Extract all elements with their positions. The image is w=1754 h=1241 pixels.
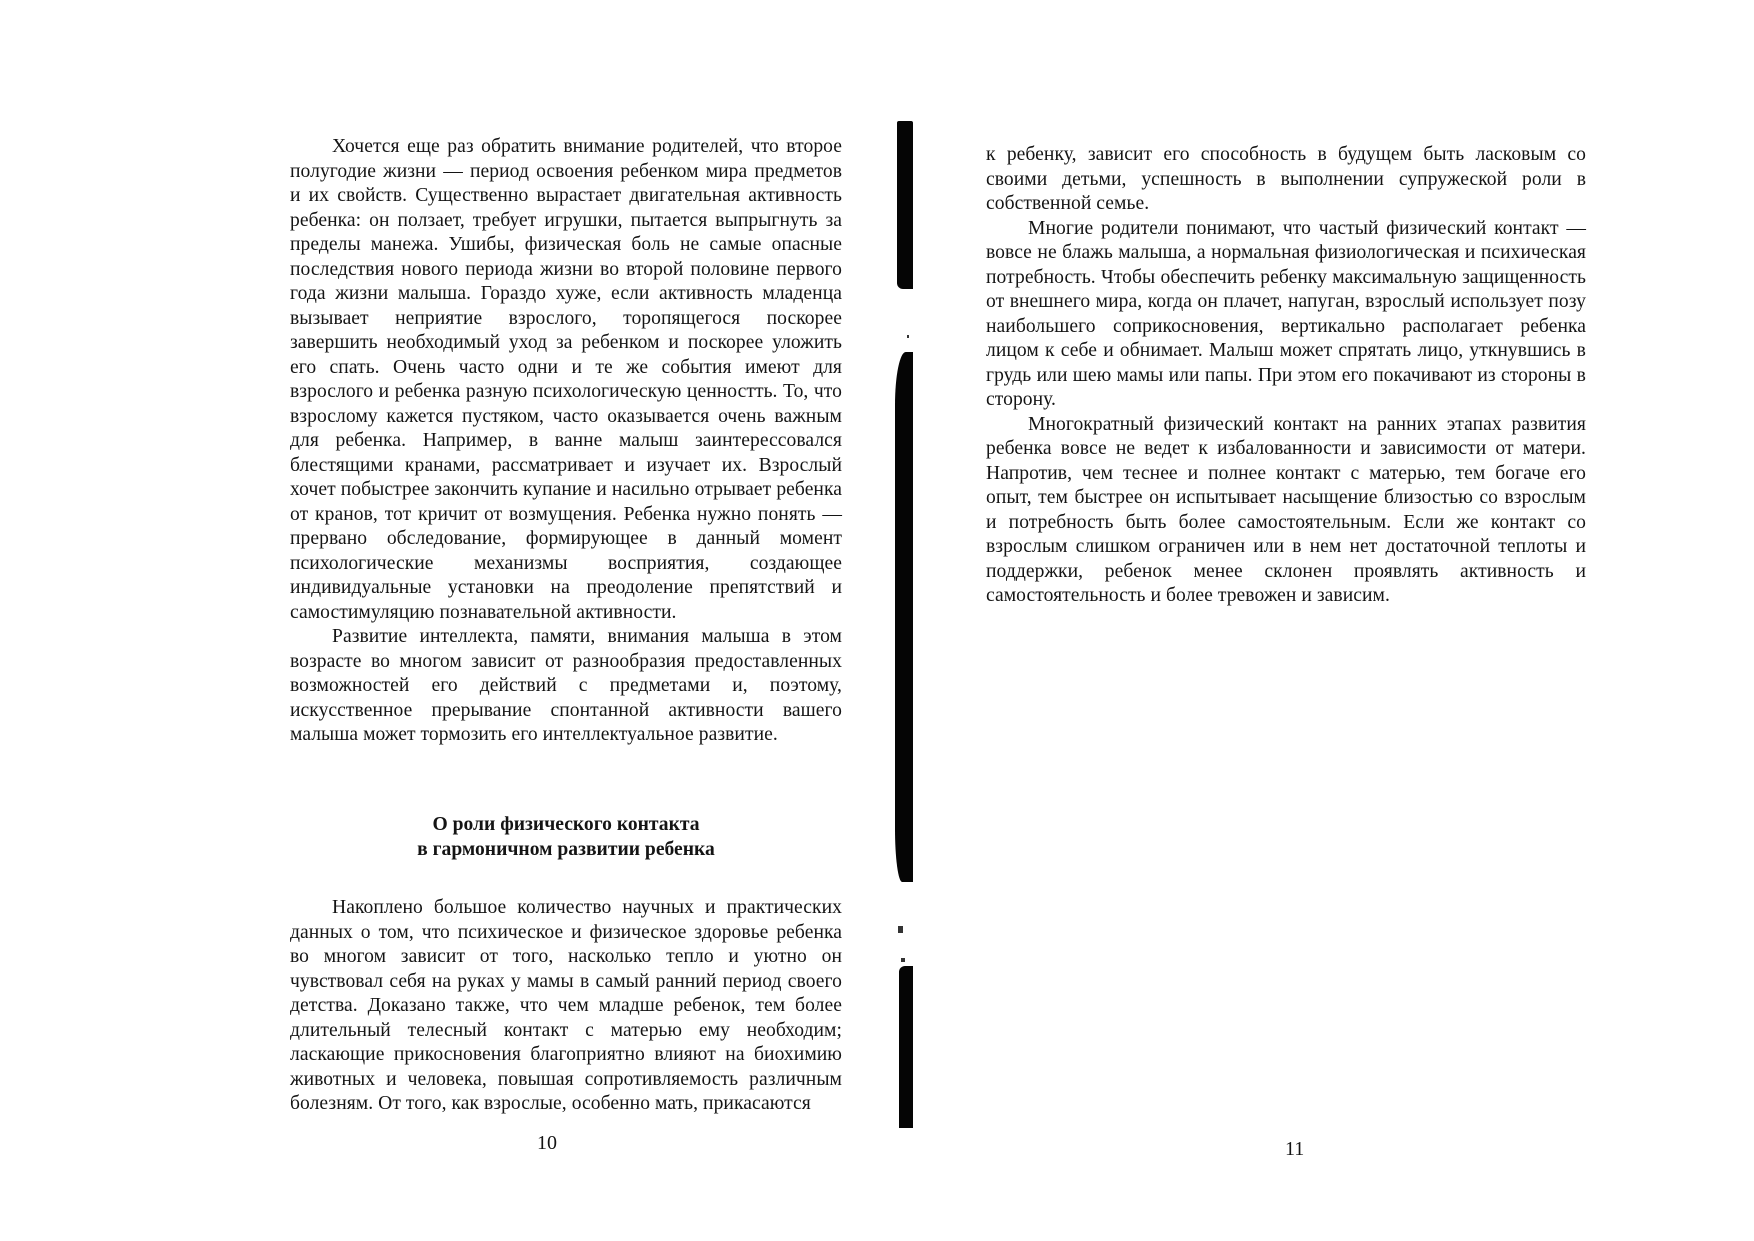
section-heading: О роли физического контакта в гармонично…	[290, 812, 842, 862]
spine-shadow-middle	[895, 352, 913, 882]
page-number-right: 11	[1285, 1138, 1304, 1161]
paragraph: Развитие интеллекта, памяти, внимания ма…	[290, 625, 842, 748]
right-page: к ребенку, зависит его способность в буд…	[915, 0, 1754, 1241]
scan-speck	[898, 926, 903, 933]
page-number-left: 10	[537, 1132, 557, 1155]
section-heading-line-2: в гармоничном развитии ребенка	[290, 837, 842, 862]
left-page: Хочется еще раз обратить внимание родите…	[0, 0, 895, 1241]
scan-speck	[901, 958, 905, 962]
spine-shadow-top	[897, 121, 913, 289]
section-heading-line-1: О роли физического контакта	[290, 812, 842, 837]
paragraph: Многие родители понимают, что частый физ…	[986, 217, 1586, 413]
paragraph: Хочется еще раз обратить внимание родите…	[290, 135, 842, 625]
paragraph: к ребенку, зависит его способность в буд…	[986, 143, 1586, 217]
right-page-text: к ребенку, зависит его способность в буд…	[986, 143, 1586, 609]
left-page-text-after-heading: Накоплено большое количество научных и п…	[290, 896, 842, 1117]
scan-speck	[907, 335, 909, 338]
paragraph: Накоплено большое количество научных и п…	[290, 896, 842, 1117]
left-page-text-before-heading: Хочется еще раз обратить внимание родите…	[290, 135, 842, 748]
paragraph: Многократный физический контакт на ранни…	[986, 413, 1586, 609]
spine-shadow-bottom	[899, 966, 913, 1128]
